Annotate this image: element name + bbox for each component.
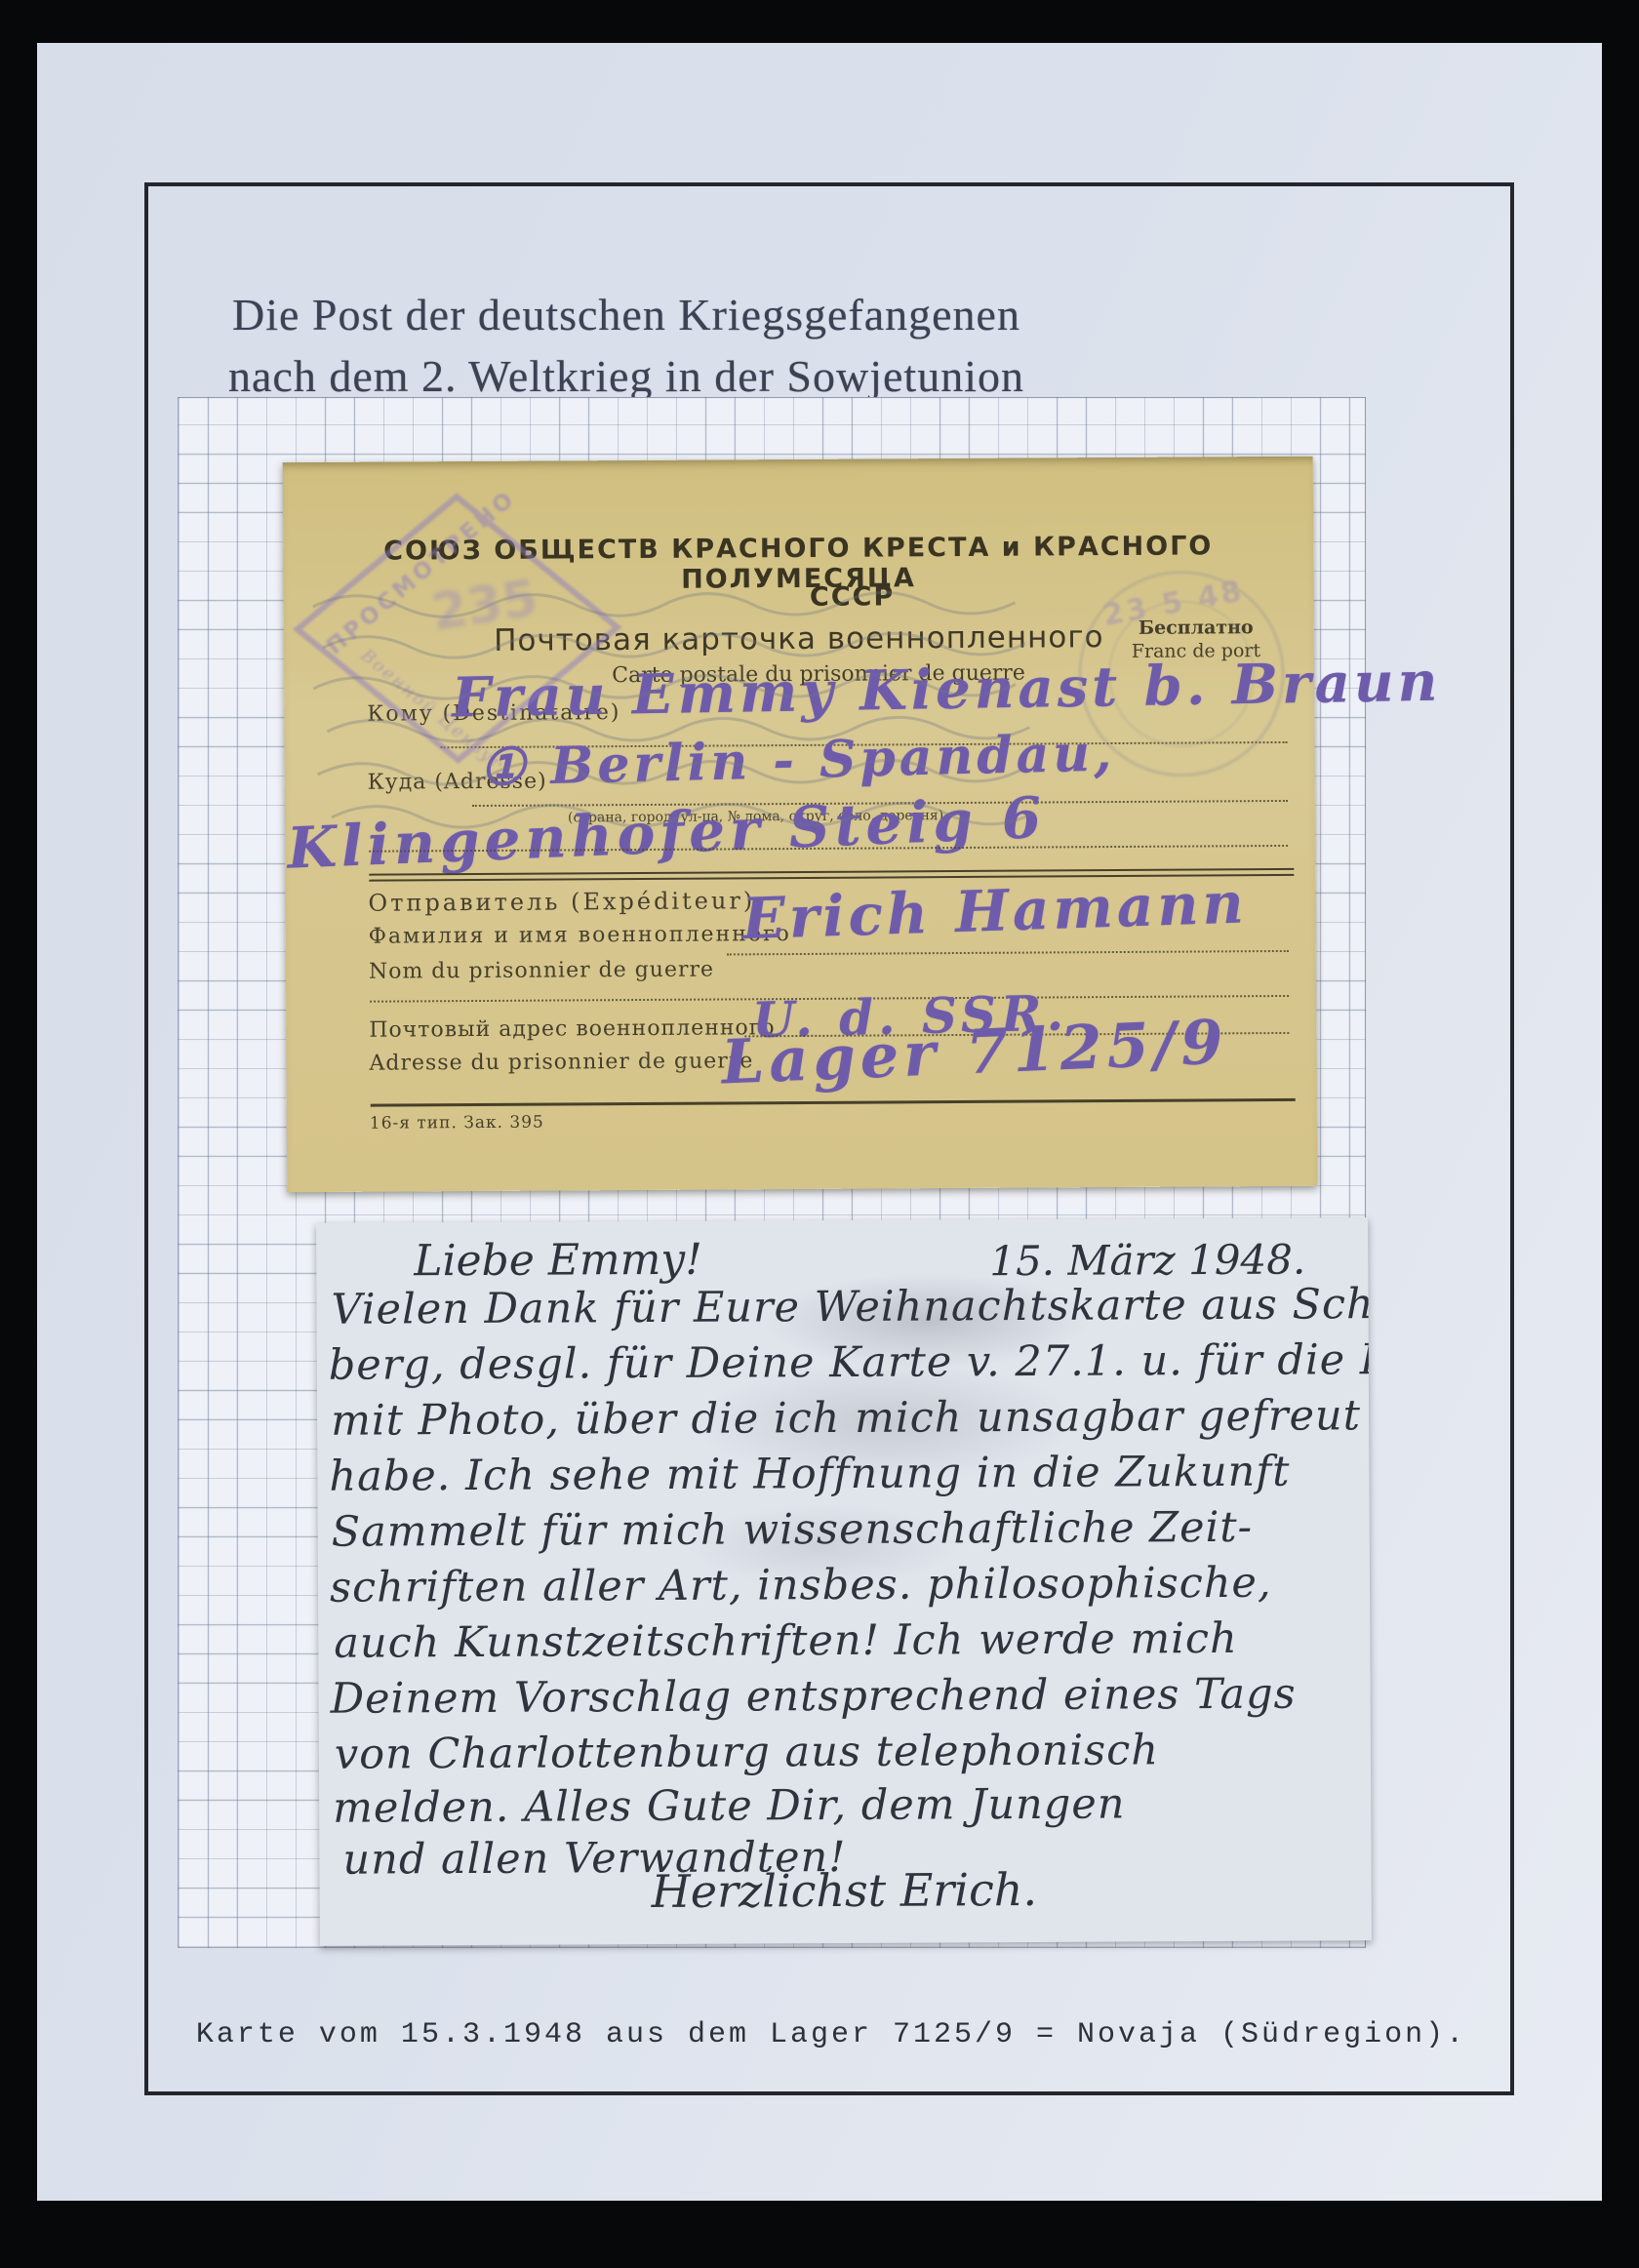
sender-address-label-fr: Adresse du prisonnier de guerre bbox=[369, 1049, 753, 1075]
sender-name-label-ru: Фамилия и имя военнопленного bbox=[369, 922, 791, 949]
bottom-caption: Karte vom 15.3.1948 aus dem Lager 7125/9… bbox=[187, 2018, 1475, 2051]
letter-signature: Herzlichst Erich. bbox=[652, 1863, 1038, 1918]
sender-label: Отправитель (Expéditeur) bbox=[368, 887, 755, 916]
letter-line: habe. Ich sehe mit Hoffnung in die Zukun… bbox=[329, 1448, 1290, 1501]
page-title-line-1: Die Post der deutschen Kriegsgefangenen bbox=[207, 289, 1046, 340]
handwritten-message-card: Liebe Emmy! 15. März 1948. Vielen Dank f… bbox=[316, 1217, 1372, 1946]
letter-line: berg, desgl. für Deine Karte v. 27.1. u.… bbox=[329, 1335, 1372, 1390]
letter-line: Vielen Dank für Eure Weihnachtskarte aus… bbox=[331, 1280, 1372, 1334]
wavy-cancellation-lines bbox=[313, 582, 1076, 860]
letter-line: auch Kunstzeitschriften! Ich werde mich bbox=[334, 1614, 1238, 1668]
letter-date: 15. März 1948. bbox=[989, 1236, 1305, 1286]
print-imprint: 16-я тип. Зак. 395 bbox=[370, 1113, 544, 1134]
letter-line: Deinem Vorschlag entsprechend eines Tags bbox=[330, 1670, 1296, 1724]
letter-line: schriften aller Art, insbes. philosophis… bbox=[330, 1559, 1272, 1612]
sender-name-label-fr: Nom du prisonnier de guerre bbox=[369, 958, 714, 984]
letter-line: melden. Alles Gute Dir, dem Jungen bbox=[333, 1779, 1126, 1832]
letter-line: Sammelt für mich wissenschaftliche Zeit- bbox=[332, 1503, 1254, 1557]
letter-salutation: Liebe Emmy! bbox=[414, 1235, 702, 1287]
scanned-album-photo: Die Post der deutschen Kriegsgefangenen … bbox=[0, 0, 1639, 2268]
letter-line: von Charlottenburg aus telephonisch bbox=[335, 1726, 1159, 1778]
sender-address-label-ru: Почтовый адрес военнопленного bbox=[369, 1015, 775, 1043]
sender-name-handwriting: Erich Hamann bbox=[741, 869, 1249, 952]
pow-postcard: СОЮЗ ОБЩЕСТВ КРАСНОГО КРЕСТА и КРАСНОГО … bbox=[283, 457, 1318, 1192]
page-title-line-2: nach dem 2. Weltkrieg in der Sowjetunion bbox=[207, 350, 1046, 402]
solid-rule bbox=[371, 1098, 1296, 1107]
album-page: Die Post der deutschen Kriegsgefangenen … bbox=[37, 43, 1602, 2201]
page-frame-border: Die Post der deutschen Kriegsgefangenen … bbox=[144, 182, 1514, 2095]
postmark-date-digits: 23 5 48 bbox=[1100, 574, 1247, 633]
dotted-rule bbox=[727, 950, 1289, 956]
circular-date-postmark: 23 5 48 bbox=[1054, 546, 1309, 802]
letter-line: mit Photo, über die ich mich unsagbar ge… bbox=[331, 1391, 1361, 1446]
